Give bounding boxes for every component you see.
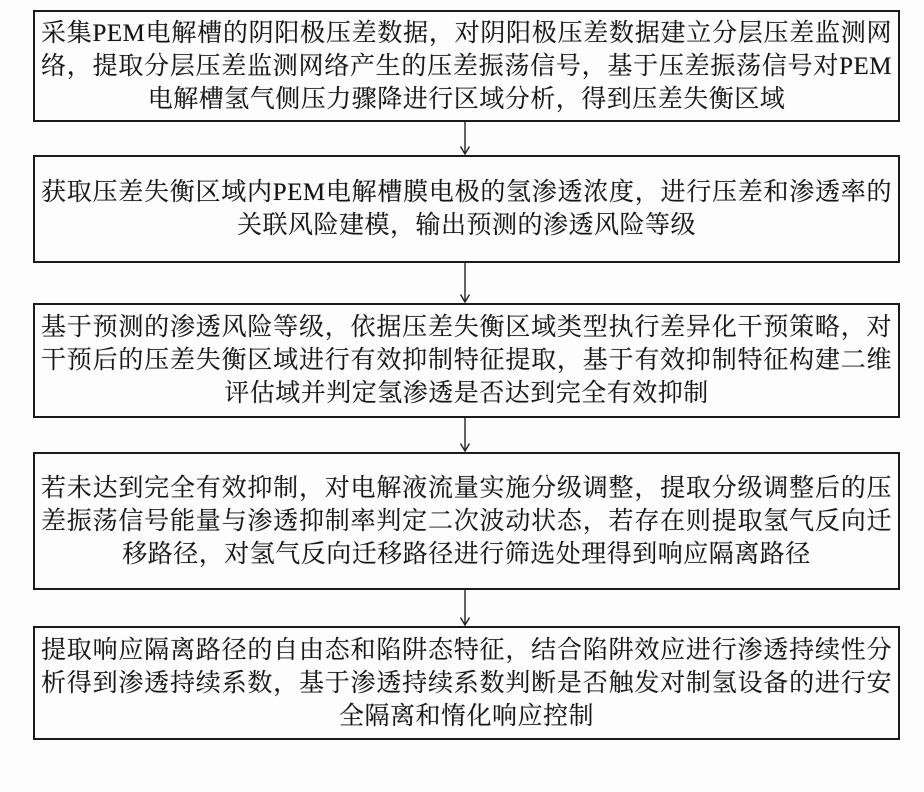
flow-arrow-3-4 — [458, 418, 472, 452]
flow-step-4: 若未达到完全有效抑制，对电解液流量实施分级调整，提取分级调整后的压差振荡信号能量… — [33, 452, 900, 590]
flow-step-1-text: 采集PEM电解槽的阴阳极压差数据，对阴阳极压差数据建立分层压差监测网络，提取分层… — [41, 17, 892, 116]
flow-step-4-text: 若未达到完全有效抑制，对电解液流量实施分级调整，提取分级调整后的压差振荡信号能量… — [41, 472, 892, 571]
flow-step-5-text: 提取响应隔离路径的自由态和陷阱态特征，结合陷阱效应进行渗透持续性分析得到渗透持续… — [41, 634, 892, 733]
flow-step-2: 获取压差失衡区域内PEM电解槽膜电极的氢渗透浓度，进行压差和渗透率的关联风险建模… — [33, 155, 900, 263]
flow-step-1: 采集PEM电解槽的阴阳极压差数据，对阴阳极压差数据建立分层压差监测网络，提取分层… — [33, 10, 900, 122]
flow-arrow-2-3 — [458, 263, 472, 303]
flow-arrow-1-2 — [458, 122, 472, 155]
flow-step-5: 提取响应隔离路径的自由态和陷阱态特征，结合陷阱效应进行渗透持续性分析得到渗透持续… — [33, 626, 900, 740]
patent-flowchart: 采集PEM电解槽的阴阳极压差数据，对阴阳极压差数据建立分层压差监测网络，提取分层… — [0, 0, 924, 792]
flow-step-3: 基于预测的渗透风险等级，依据压差失衡区域类型执行差异化干预策略，对干预后的压差失… — [33, 303, 900, 418]
flow-arrow-4-5 — [458, 590, 472, 626]
flow-step-3-text: 基于预测的渗透风险等级，依据压差失衡区域类型执行差异化干预策略，对干预后的压差失… — [41, 311, 892, 410]
flow-step-2-text: 获取压差失衡区域内PEM电解槽膜电极的氢渗透浓度，进行压差和渗透率的关联风险建模… — [41, 176, 892, 242]
